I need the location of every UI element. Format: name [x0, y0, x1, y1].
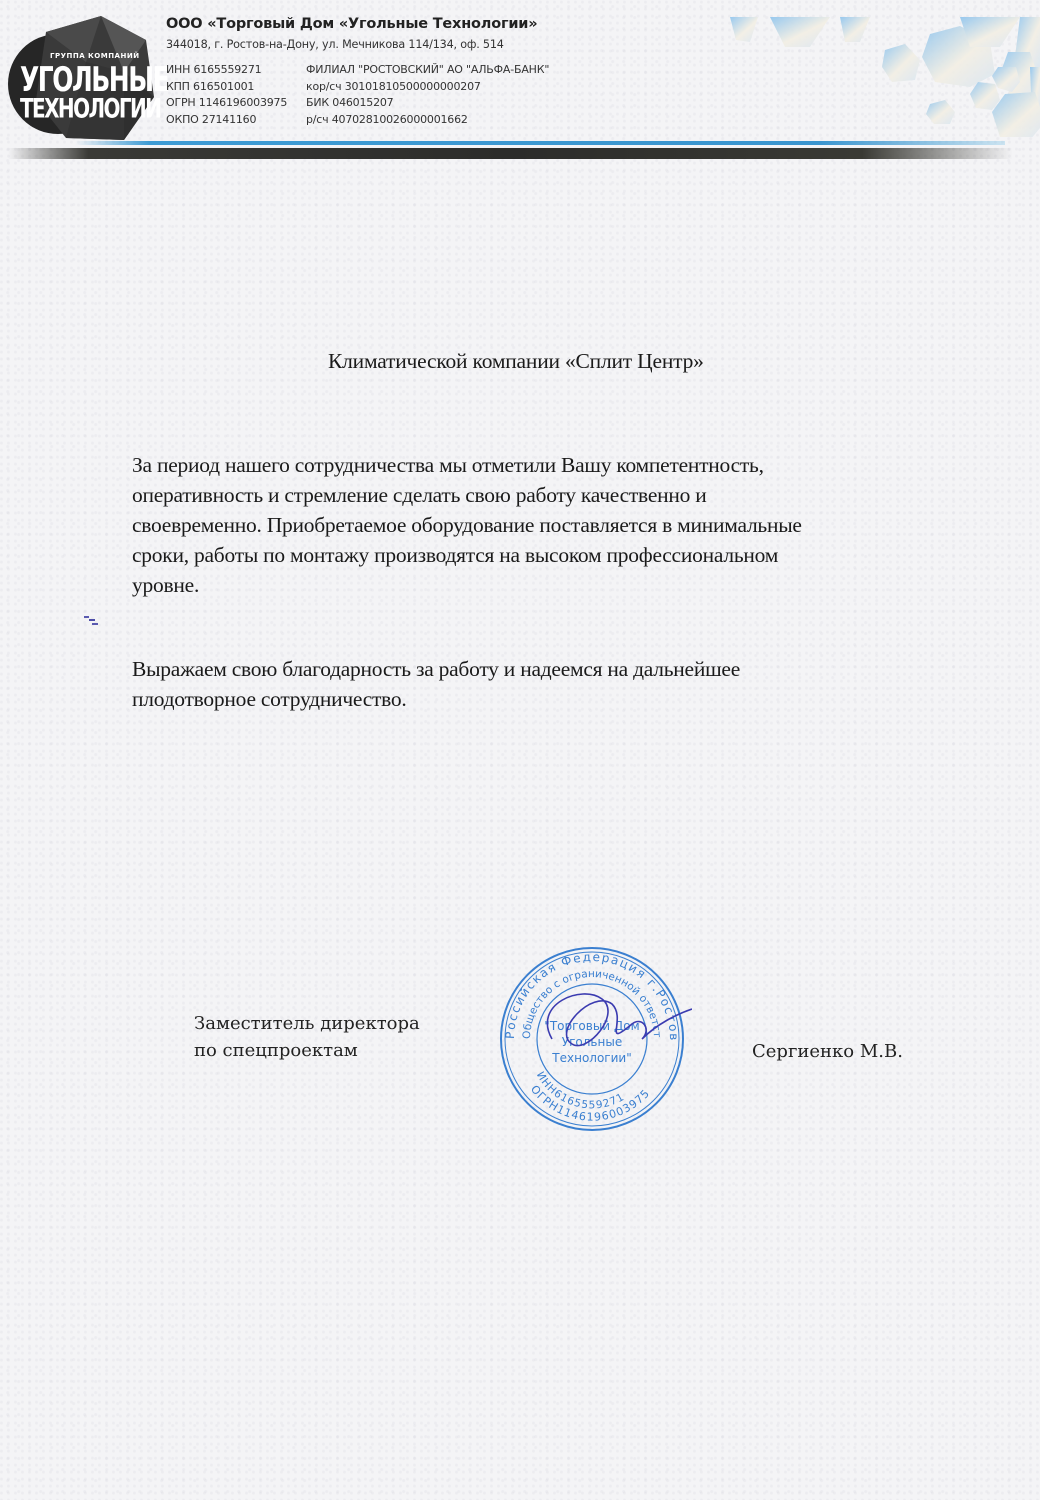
- signatory-title-line: по спецпроектам: [194, 1037, 420, 1064]
- round-seal-icon: Российская Федерация г.Ростов-на-Дону Об…: [492, 944, 692, 1134]
- smudge-icon: [78, 612, 106, 630]
- paragraph-1: За период нашего сотрудничества мы отмет…: [132, 450, 952, 600]
- ink-smudge: [78, 612, 106, 630]
- paragraph-1-line: уровне.: [132, 570, 952, 600]
- addressee: Климатической компании «Сплит Центр»: [328, 349, 704, 374]
- signatory-title: Заместитель директора по спецпроектам: [194, 1010, 420, 1064]
- kpp: КПП 616501001: [166, 79, 287, 96]
- stamp-center-line: "Торговый Дом: [544, 1019, 639, 1033]
- stamp-center-line: Угольные: [562, 1035, 622, 1049]
- signatory-title-line: Заместитель директора: [194, 1010, 420, 1037]
- signatory-name: Сергиенко М.В.: [752, 1041, 903, 1062]
- ogrn: ОГРН 1146196003975: [166, 95, 287, 112]
- settlement-account: р/сч 40702810026000001662: [306, 112, 549, 129]
- okpo: ОКПО 27141160: [166, 112, 287, 129]
- company-name: ООО «Торговый Дом «Угольные Технологии»: [166, 16, 537, 32]
- paragraph-1-line: оперативность и стремление сделать свою …: [132, 480, 952, 510]
- requisites-left: ИНН 6165559271 КПП 616501001 ОГРН 114619…: [166, 62, 287, 128]
- hexagon-decoration: [730, 12, 1040, 137]
- logo-line-2: ТЕХНОЛОГИИ: [20, 92, 160, 124]
- paragraph-2-line: плодотворное сотрудничество.: [132, 684, 952, 714]
- paragraph-1-line: своевременно. Приобретаемое оборудование…: [132, 510, 952, 540]
- logo-subtitle: ГРУППА КОМПАНИЙ: [50, 52, 140, 60]
- header-accent-line: [75, 141, 1005, 145]
- bank-name: ФИЛИАЛ "РОСТОВСКИЙ" АО "АЛЬФА-БАНК": [306, 62, 549, 79]
- bik: БИК 046015207: [306, 95, 549, 112]
- header-divider-bar: [8, 148, 1013, 159]
- paragraph-2: Выражаем свою благодарность за работу и …: [132, 654, 952, 714]
- paragraph-1-line: сроки, работы по монтажу производятся на…: [132, 540, 952, 570]
- inn: ИНН 6165559271: [166, 62, 287, 79]
- paragraph-1-line: За период нашего сотрудничества мы отмет…: [132, 450, 952, 480]
- company-stamp: Российская Федерация г.Ростов-на-Дону Об…: [492, 944, 692, 1134]
- stamp-center-line: Технологии": [551, 1051, 631, 1065]
- hexagon-pattern-icon: [730, 12, 1040, 137]
- correspondent-account: кор/сч 30101810500000000207: [306, 79, 549, 96]
- paragraph-2-line: Выражаем свою благодарность за работу и …: [132, 654, 952, 684]
- requisites-right: ФИЛИАЛ "РОСТОВСКИЙ" АО "АЛЬФА-БАНК" кор/…: [306, 62, 549, 128]
- company-logo: ГРУППА КОМПАНИЙ УГОЛЬНЫЕ ТЕХНОЛОГИИ: [6, 12, 156, 142]
- company-address: 344018, г. Ростов-на-Дону, ул. Мечникова…: [166, 38, 504, 51]
